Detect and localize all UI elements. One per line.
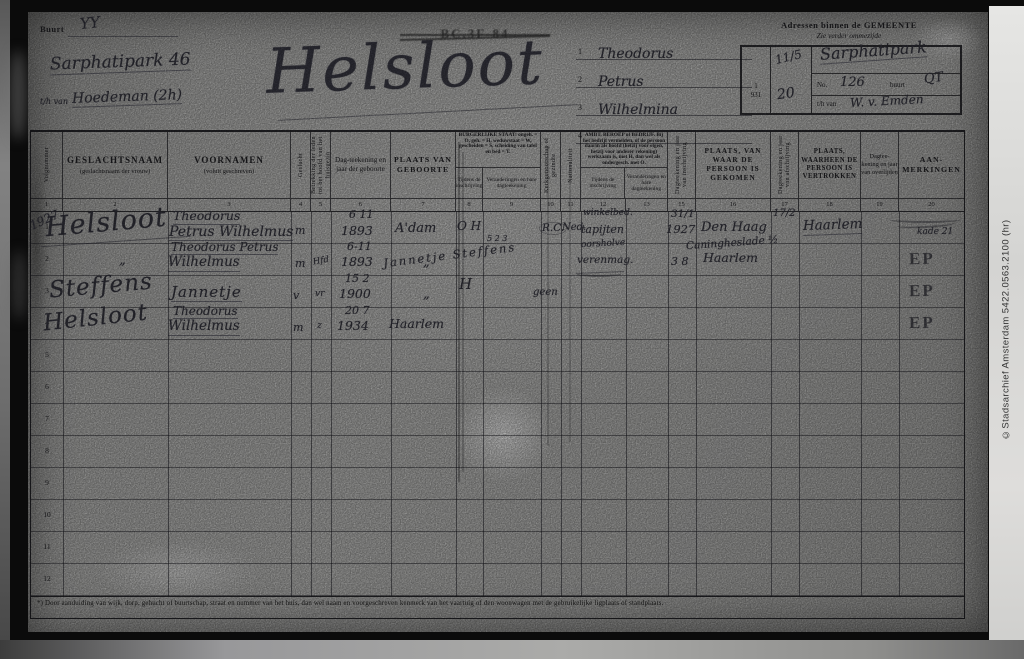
table-row: 9 [31, 468, 964, 500]
col-nationaliteit: Nationaliteit [561, 132, 581, 199]
col-inschrijving: Dagteekening en jaar van inschrijving [668, 132, 696, 199]
name-line: 3 Wilhelmina [576, 88, 752, 116]
scanned-register-card-page: Buurt YY Sarphatipark 46 t/h van Hoedema… [0, 0, 1024, 659]
register-card: Buurt YY Sarphatipark 46 t/h van Hoedema… [28, 12, 988, 632]
table-row: 1 [31, 212, 964, 244]
col-kerkgenootschap: Kerkgenootschap of gezindte [541, 132, 561, 199]
col-bs-veranderingen: Veranderingen en hare dagteekening [483, 168, 540, 198]
table-row: 5 [31, 340, 964, 372]
th-van-value-box: W. v. Emden [850, 93, 924, 109]
col-geslachtsnaam: GESLACHTSNAAM(geslachtsnaam der vrouw) [63, 132, 168, 199]
th-van-label: t/h van [40, 98, 68, 106]
table-row: 6 [31, 372, 964, 404]
table-row: 7 [31, 404, 964, 436]
table-row: 2 [31, 244, 964, 276]
address-handwriting: Sarphatipark 46 [50, 52, 191, 76]
col-burgerlijke-staat-group: BURGERLIJKE STAAT: ongeh. = O, geh. = H,… [456, 132, 541, 199]
buurt-label: Buurt [40, 24, 64, 34]
table-row: 4 [31, 308, 964, 340]
scan-smudge [12, 250, 26, 320]
street-handwriting: Sarphatipark [820, 39, 928, 64]
col-geslacht: Geslacht [291, 132, 311, 199]
th-van-value: Hoedeman (2h) [72, 88, 183, 108]
scan-left-edge [0, 0, 10, 659]
no-label: No. [817, 81, 827, 89]
col-herkomst: PLAATS, VAN WAAR DE PERSOON IS GEKOMEN [696, 132, 771, 199]
col-beroep-group: AMBT, BEROEP of BEDRIJF. Bij het bedrijf… [581, 132, 668, 199]
col-beroep-tijdens: Tijdens de inschrijving [581, 168, 625, 198]
buurt-value-handwriting: YY [79, 15, 100, 32]
date-handwriting: 20 [776, 86, 796, 102]
surname-title-handwriting: Helsloot [265, 25, 545, 108]
col-overlijden: Dagtee-kening en jaar van overlijden [861, 132, 899, 199]
scan-bottom-edge [0, 640, 1024, 659]
card-header: Buurt YY Sarphatipark 46 t/h van Hoedema… [28, 12, 988, 130]
name-line-number: 1 [578, 47, 582, 56]
table-body: 1 2 3 4 5 6 7 8 9 10 11 12 [31, 212, 964, 596]
scan-smudge [10, 50, 26, 140]
address-box: 1 931 11/5 20 Sarphatipark No. 126 buurt [740, 45, 962, 115]
name-line-number: 2 [578, 75, 582, 84]
table-row: 3 [31, 276, 964, 308]
name-line: 1 Theodorus [576, 32, 752, 60]
date-handwriting: 11/5 [774, 48, 803, 66]
col-beroep-veranderingen: Veranderingen en hare dagteekening [625, 168, 667, 198]
th-van-label-box: t/h van [817, 100, 836, 108]
col-betrekking: Betrekking der leden tot het hoofd van h… [311, 132, 331, 199]
col-voornamen: VOORNAMEN(voluit geschreven) [168, 132, 291, 199]
buurt-code-handwriting: QT [923, 71, 944, 87]
address-box-main: Sarphatipark No. 126 buurt QT t/h van W.… [812, 47, 960, 113]
col-geboorteplaats: PLAATS VAN GEBOORTE [391, 132, 456, 199]
address-box-title: Adressen binnen de GEMEENTE [740, 20, 958, 30]
no-value-handwriting: 126 [840, 76, 865, 89]
col-geboortedatum: Dag-teekening en jaar der geboorte [331, 132, 391, 199]
table-row: 8 [31, 436, 964, 468]
name-line-value: Petrus [598, 75, 644, 89]
first-names-list: 1 Theodorus 2 Petrus 3 Wilhelmina 4 [576, 32, 752, 144]
name-line-value: Theodorus [598, 47, 673, 61]
name-line: 2 Petrus [576, 60, 752, 88]
register-table: Volgnummer GESLACHTSNAAM(geslachtsnaam d… [30, 130, 965, 619]
printed-year-top: 1 [742, 82, 770, 90]
table-row: 12 [31, 564, 964, 596]
col-aanmerkingen: AAN- MERKINGEN [899, 132, 964, 199]
address-box-year-cell: 1 931 [742, 47, 771, 113]
col-bs-tijdens: Tijdens de inschrijving [456, 168, 483, 198]
archive-credit: ©Stadsarchief Amsterdam 5422.0563.2100 (… [994, 110, 1018, 550]
table-row: 10 [31, 500, 964, 532]
name-line-number: 3 [578, 103, 582, 112]
address-box-date-cell: 11/5 20 [771, 47, 812, 113]
col-vertrokken: PLAATS, WAARHEEN DE PERSOON IS VERTROKKE… [799, 132, 861, 199]
table-header: Volgnummer GESLACHTSNAAM(geslachtsnaam d… [31, 132, 964, 199]
column-number-row: 12 34 56 78 910 1112 1315 1617 1819 20 [31, 199, 964, 212]
footnote: *) Door aanduiding van wijk, dorp, gehuc… [31, 596, 964, 618]
printed-year-bottom: 931 [742, 91, 770, 99]
table-row: 11 [31, 532, 964, 564]
buurt-label-small: buurt [890, 81, 905, 89]
col-afschrijving: Dagteekening en jaar van afschrijving [771, 132, 799, 199]
name-line-value: Wilhelmina [598, 103, 678, 117]
col-volgnummer: Volgnummer [31, 132, 63, 199]
